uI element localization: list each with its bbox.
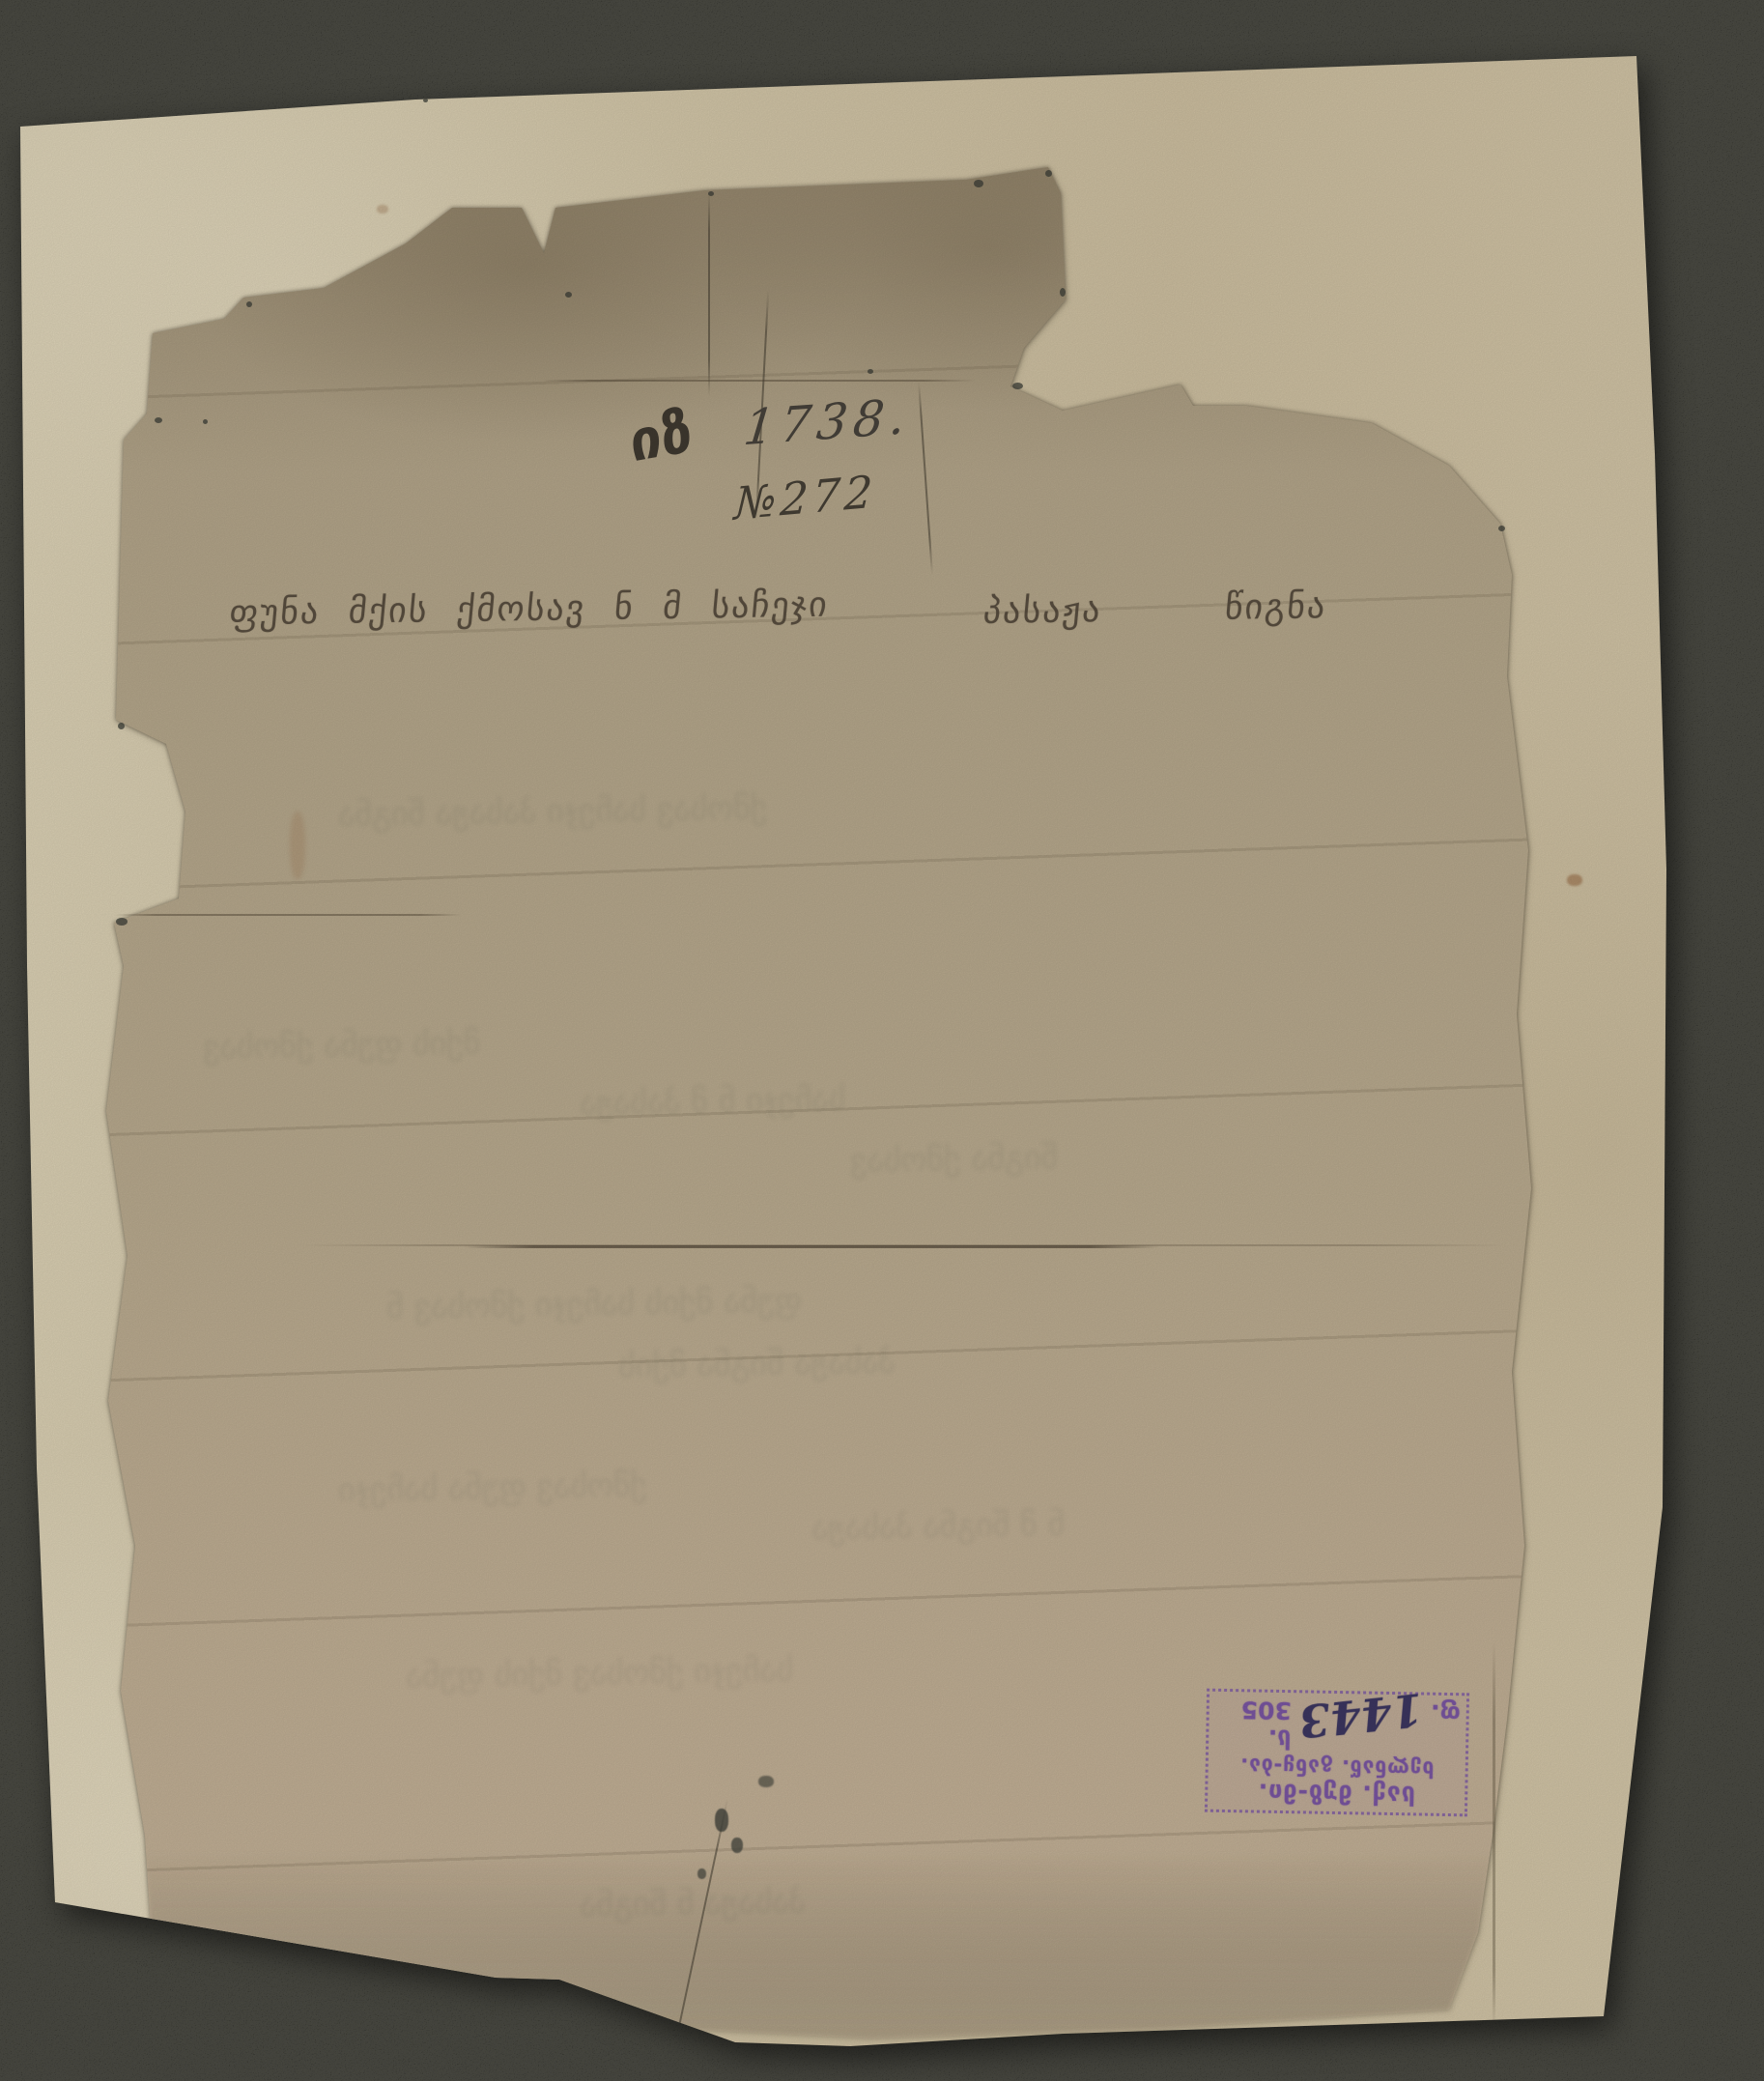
ink-blob [731,1838,743,1853]
stamp-line-2: ხელნაწ. განყ-ბა. [1214,1754,1460,1780]
crease-right-fold [1493,1642,1495,2029]
crack-top-left [708,193,710,396]
ink-speck [118,723,125,729]
handwritten-monogram: იზ [629,398,693,475]
bleedthrough-text: საჩეჯი ნ მ პასაჟა [580,1080,846,1124]
ink-speck [1498,526,1505,531]
ink-speck [155,417,162,423]
paper-sheet-shadow: იზ 1738. №272 ფუნა მქის ქმოსავ ნ მ საჩეჯ… [20,56,1666,2046]
rust-spot-small [377,205,388,214]
bleedthrough-text: ქმოსავ საჩეჯი პასაჟა წიგნა [338,788,768,835]
bleedthrough-text: მქის ფუნა ქმოსავ [203,1023,481,1067]
ink-speck [974,180,983,187]
bleedthrough-text: წიგნა ქმოსავ [850,1138,1059,1181]
ink-speck [116,918,128,926]
ink-blob [697,1868,706,1879]
brown-smear [290,812,305,879]
ink-speck [868,369,873,374]
stamp-line-3: ფ. 1443 ს. 305 [1214,1696,1461,1755]
stamp-fond-prefix: ფ. [1431,1699,1461,1728]
seam-left [114,914,462,916]
stamp-handwritten-number: 1443 [1297,1692,1424,1738]
ink-speck [1045,170,1052,177]
ink-speck [1060,288,1066,297]
georgian-header-line-2: პასაჟა [982,590,1103,632]
bleedthrough-text: ნ მ წიგნა პასაჟა [811,1505,1066,1549]
scan-stage: იზ 1738. №272 ფუნა მქის ქმოსავ ნ მ საჩეჯ… [0,0,1764,2081]
bleedthrough-text: ქმოსავ ფუნა საჩეჯი [338,1466,648,1510]
ink-blob [758,1776,774,1787]
georgian-header-line-3: წიგნა [1223,586,1328,627]
ink-speck [1012,383,1023,389]
bleedthrough-text: პასაჟა წიგნა მქის [618,1343,896,1386]
stamp-line-1: საქ. მუზ-მი. [1213,1779,1459,1809]
crease-middle-dark [464,1245,1159,1248]
ink-speck [423,99,428,102]
ink-speck [565,292,572,298]
ink-speck [203,419,208,424]
paper-sheet: იზ 1738. №272 ფუნა მქის ქმოსავ ნ მ საჩეჯ… [20,56,1666,2046]
bleedthrough-text: ფუნა მქის საჩეჯი ქმოსავ ნ [386,1281,803,1326]
rust-spot [1567,874,1582,886]
seam-top [541,380,976,382]
archive-stamp: საქ. მუზ-მი. ხელნაწ. განყ-ბა. ფ. 1443 ს.… [1205,1689,1469,1817]
ink-blob [715,1809,728,1832]
stamp-item-number: ს. 305 [1214,1696,1292,1753]
ink-speck [708,191,714,196]
bleedthrough-text: საჩეჯი ქმოსავ მქის ფუნა [406,1651,794,1696]
ink-speck [246,301,252,307]
bleedthrough-text: პასაჟა ნ წიგნა [580,1882,806,1924]
georgian-header-line-1: ფუნა მქის ქმოსავ ნ მ საჩეჯი [228,585,831,634]
